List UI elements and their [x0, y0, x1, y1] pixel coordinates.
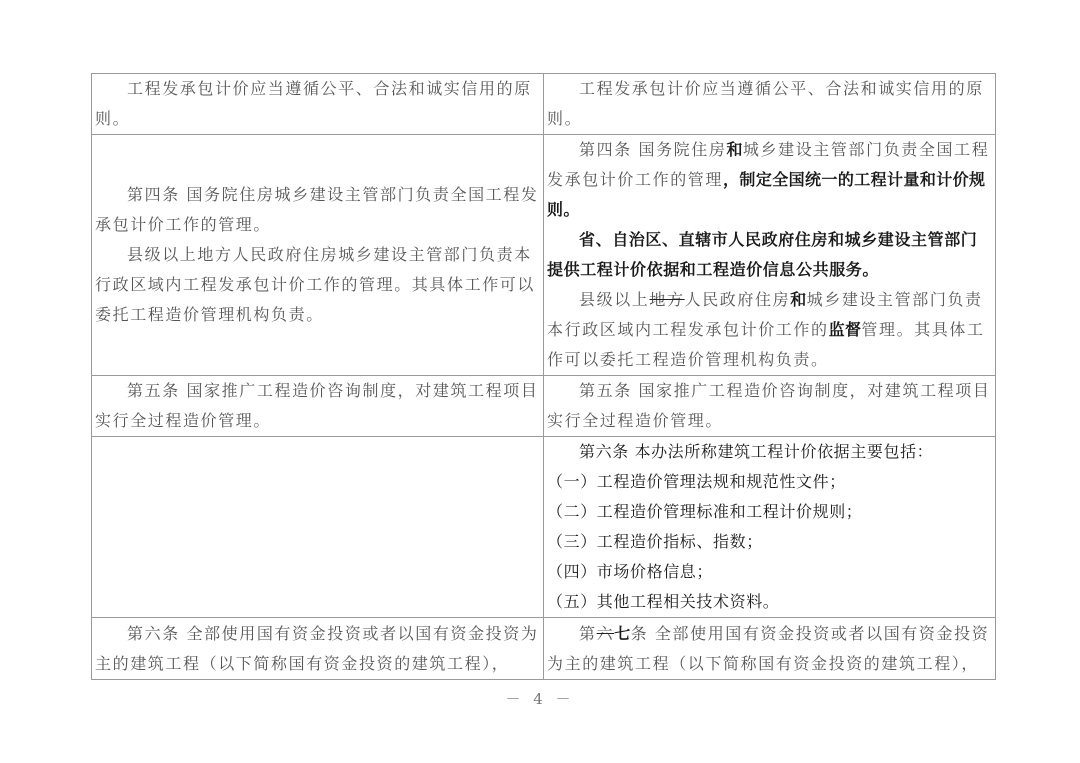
list-item: （二）工程造价管理标准和工程计价规则； [547, 497, 993, 527]
list-item: （三）工程造价指标、指数； [547, 527, 993, 557]
revised-text-cell: 工程发承包计价应当遵循公平、合法和诚实信用的原则。 [544, 74, 996, 135]
revised-text-cell: 第六七条 全部使用国有资金投资或者以国有资金投资为主的建筑工程（以下简称国有资金… [544, 618, 996, 680]
table-row: 第五条 国家推广工程造价咨询制度，对建筑工程项目实行全过程造价管理。 第五条 国… [92, 376, 996, 437]
paragraph: 工程发承包计价应当遵循公平、合法和诚实信用的原则。 [95, 74, 541, 134]
deleted-text: 六 [597, 624, 615, 643]
paragraph-article-5: 第五条 国家推广工程造价咨询制度，对建筑工程项目实行全过程造价管理。 [547, 376, 993, 436]
text-segment: 第 [579, 624, 597, 643]
paragraph-article-5: 第五条 国家推广工程造价咨询制度，对建筑工程项目实行全过程造价管理。 [95, 376, 541, 436]
paragraph: 县级以上地方人民政府住房和城乡建设主管部门负责本行政区域内工程发承包计价工作的监… [547, 285, 993, 375]
inserted-text: 七 [614, 624, 630, 643]
paragraph-article-4: 第四条 国务院住房城乡建设主管部门负责全国工程发承包计价工作的管理。 [95, 180, 541, 240]
list-item: （五）其他工程相关技术资料。 [547, 587, 993, 617]
paragraph: 县级以上地方人民政府住房城乡建设主管部门负责本行政区域内工程发承包计价工作的管理… [95, 240, 541, 330]
paragraph-article-6: 第六条 全部使用国有资金投资或者以国有资金投资为主的建筑工程（以下简称国有资金投… [95, 619, 541, 679]
revised-text-cell: 第五条 国家推广工程造价咨询制度，对建筑工程项目实行全过程造价管理。 [544, 376, 996, 437]
original-text-cell-empty [92, 437, 544, 618]
original-text-cell: 第四条 国务院住房城乡建设主管部门负责全国工程发承包计价工作的管理。 县级以上地… [92, 135, 544, 376]
table-row: 工程发承包计价应当遵循公平、合法和诚实信用的原则。 工程发承包计价应当遵循公平、… [92, 74, 996, 135]
deleted-text: 地方 [649, 290, 684, 309]
text-segment: 县级以上 [579, 290, 649, 309]
list-item: （一）工程造价管理法规和规范性文件； [547, 467, 993, 497]
revised-text-cell: 第六条 本办法所称建筑工程计价依据主要包括： （一）工程造价管理法规和规范性文件… [544, 437, 996, 618]
inserted-text: 监督 [829, 320, 862, 339]
comparison-table: 工程发承包计价应当遵循公平、合法和诚实信用的原则。 工程发承包计价应当遵循公平、… [91, 73, 996, 680]
inserted-text: 和 [790, 290, 806, 309]
paragraph: 工程发承包计价应当遵循公平、合法和诚实信用的原则。 [547, 74, 993, 134]
paragraph-article-4: 第四条 国务院住房和城乡建设主管部门负责全国工程发承包计价工作的管理，制定全国统… [547, 135, 993, 225]
text-segment: 人民政府住房 [685, 290, 791, 309]
revised-text-cell: 第四条 国务院住房和城乡建设主管部门负责全国工程发承包计价工作的管理，制定全国统… [544, 135, 996, 376]
original-text-cell: 工程发承包计价应当遵循公平、合法和诚实信用的原则。 [92, 74, 544, 135]
table-row: 第四条 国务院住房城乡建设主管部门负责全国工程发承包计价工作的管理。 县级以上地… [92, 135, 996, 376]
list-item: （四）市场价格信息； [547, 557, 993, 587]
page-number: － 4 － [0, 688, 1080, 709]
paragraph-article-7: 第六七条 全部使用国有资金投资或者以国有资金投资为主的建筑工程（以下简称国有资金… [547, 619, 993, 679]
text-segment: 第四条 国务院住房 [579, 140, 727, 159]
original-text-cell: 第六条 全部使用国有资金投资或者以国有资金投资为主的建筑工程（以下简称国有资金投… [92, 618, 544, 680]
original-text-cell: 第五条 国家推广工程造价咨询制度，对建筑工程项目实行全过程造价管理。 [92, 376, 544, 437]
inserted-text: 和 [727, 140, 743, 159]
table-row: 第六条 本办法所称建筑工程计价依据主要包括： （一）工程造价管理法规和规范性文件… [92, 437, 996, 618]
inserted-article-6-heading: 第六条 本办法所称建筑工程计价依据主要包括： [547, 437, 993, 467]
table-row: 第六条 全部使用国有资金投资或者以国有资金投资为主的建筑工程（以下简称国有资金投… [92, 618, 996, 680]
document-page: 工程发承包计价应当遵循公平、合法和诚实信用的原则。 工程发承包计价应当遵循公平、… [0, 0, 1080, 763]
inserted-paragraph: 省、自治区、直辖市人民政府住房和城乡建设主管部门提供工程计价依据和工程造价信息公… [547, 225, 993, 285]
